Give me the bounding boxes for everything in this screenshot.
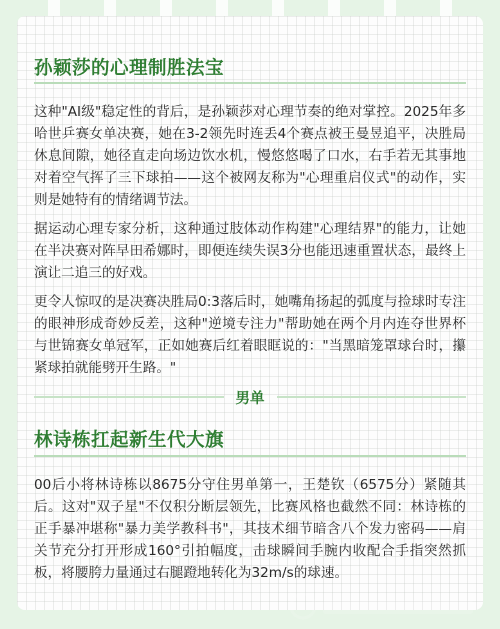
title-divider [34, 455, 466, 457]
separator-line-right [277, 396, 467, 398]
binder-tab [384, 0, 396, 17]
article-card: 孙颖莎的心理制胜法宝 这种"AI级"稳定性的背后，是孙颖莎对心理节奏的绝对掌控。… [17, 16, 483, 610]
paragraph: 据运动心理专家分析，这种通过肢体动作构建"心理结界"的能力，让她在半决赛对阵早田… [34, 218, 466, 284]
binder-tab [216, 0, 228, 17]
paragraph: 00后小将林诗栋以8675分守住男单第一，王楚钦（6575分）紧随其后。这对"双… [34, 474, 466, 584]
section-separator: 男单 [34, 387, 466, 407]
binder-tab [272, 0, 284, 17]
paragraph: 这种"AI级"稳定性的背后，是孙颖莎对心理节奏的绝对掌控。2025年多哈世乒赛女… [34, 101, 466, 211]
section-title-lin-shidong: 林诗栋扛起新生代大旗 [34, 426, 224, 452]
binder-tab [104, 0, 116, 17]
title-divider [34, 82, 466, 84]
binder-tab [440, 0, 452, 17]
section-title-sun-yingsha: 孙颖莎的心理制胜法宝 [34, 54, 224, 80]
paragraph: 更令人惊叹的是决赛决胜局0:3落后时，她嘴角扬起的弧度与捡球时专注的眼神形成奇妙… [34, 291, 466, 379]
binder-tab [48, 0, 60, 17]
separator-line-left [34, 396, 224, 398]
watermark-logo [285, 592, 480, 622]
binder-tab [160, 0, 172, 17]
section-label-mens-singles: 男单 [224, 387, 277, 408]
binder-tab [328, 0, 340, 17]
